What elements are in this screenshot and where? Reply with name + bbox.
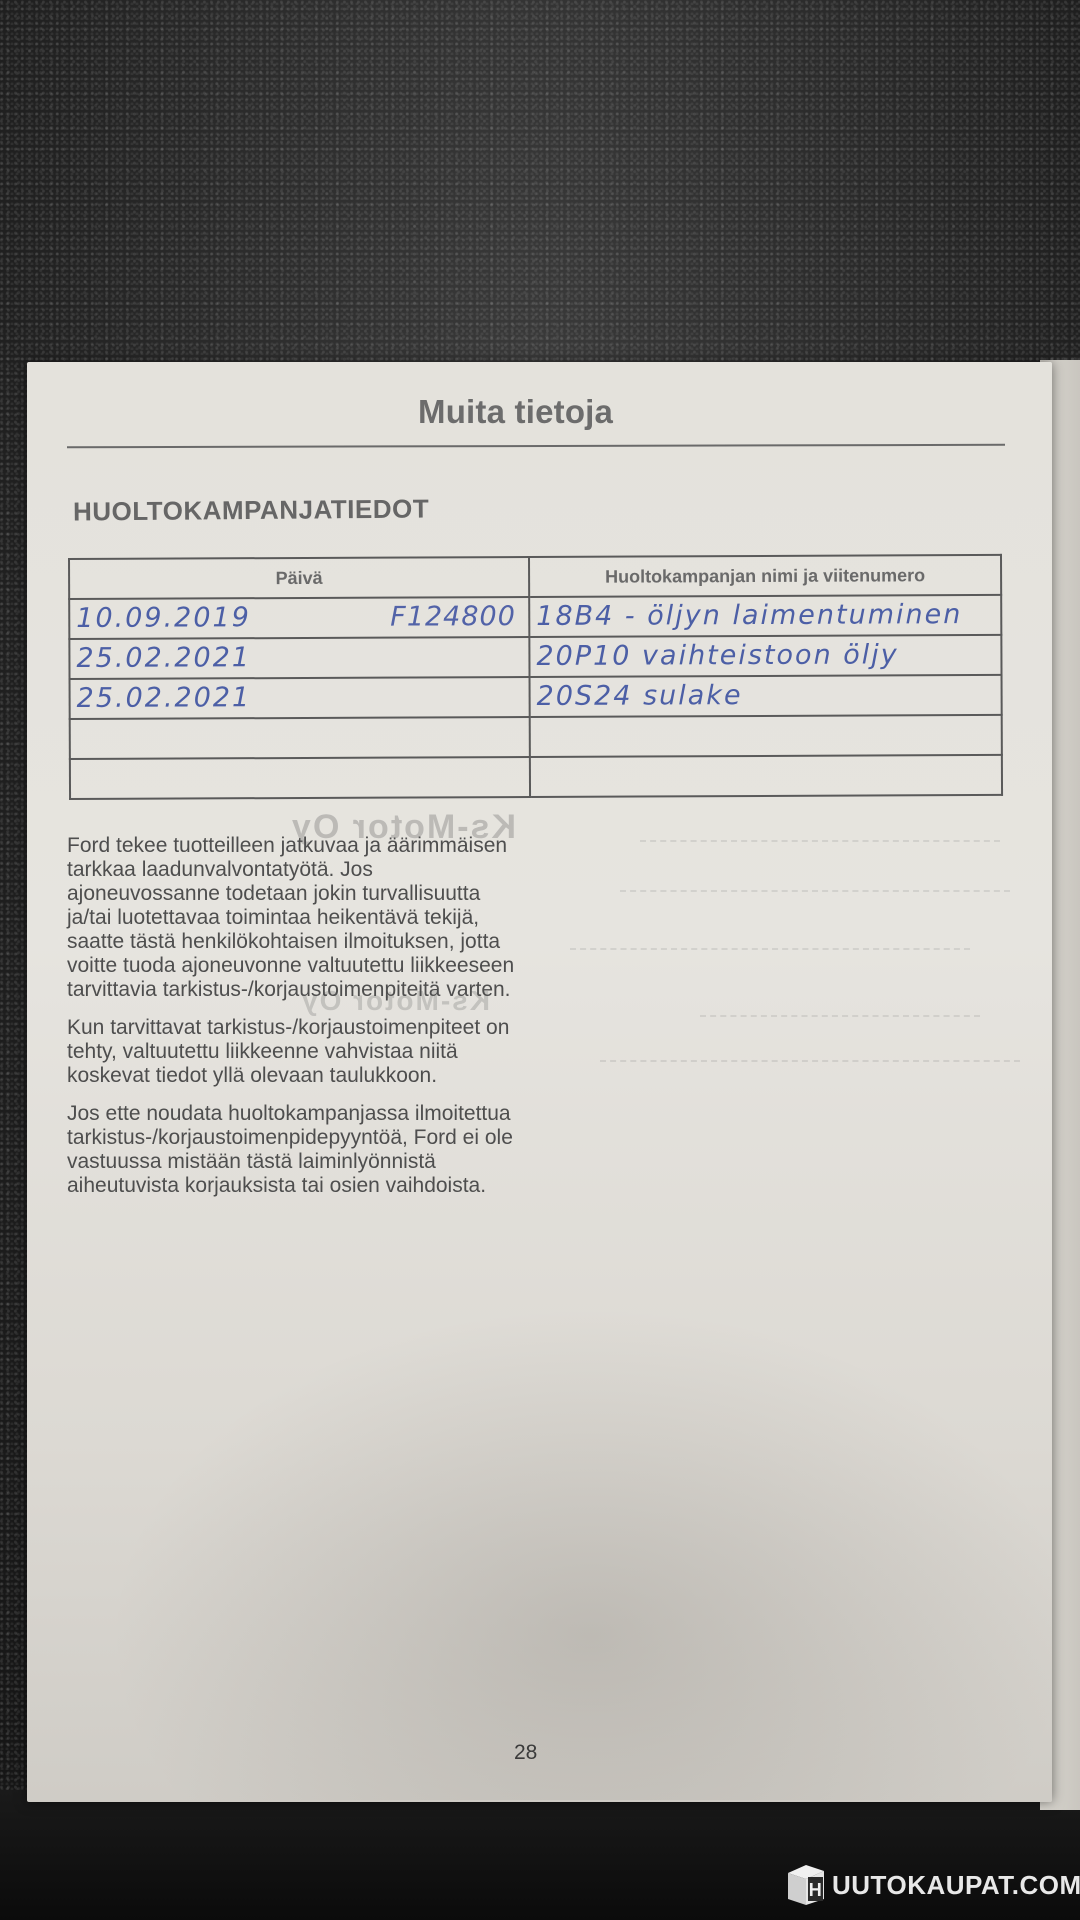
- section-title: Muita tietoja: [418, 393, 613, 431]
- ghost-handwriting: [640, 840, 1000, 842]
- column-header-campaign: Huoltokampanjan nimi ja viitenumero: [529, 555, 1001, 597]
- watermark-text: UUTOKAUPAT.COM: [832, 1870, 1080, 1901]
- date-note: F124800: [390, 598, 516, 637]
- paragraph-confirmation: Kun tarvittavat tarkistus-/korjaustoimen…: [67, 1016, 527, 1088]
- table-row: [70, 715, 1002, 759]
- box-logo-icon: H: [786, 1863, 826, 1907]
- campaign-cell: [530, 715, 1002, 757]
- svg-text:H: H: [809, 1880, 823, 1900]
- date-value: 10.09.2019: [76, 602, 251, 634]
- table-row: 10.09.2019F124800 18B4 - öljyn laimentum…: [69, 595, 1001, 639]
- date-value: 25.02.2021: [76, 642, 251, 674]
- campaign-cell: 20P10 vaihteistoon öljy: [529, 635, 1001, 677]
- campaign-cell: [530, 755, 1002, 797]
- ghost-handwriting: [600, 1060, 1020, 1062]
- body-text: Ford tekee tuotteilleen jatkuvaa ja ääri…: [67, 834, 527, 1212]
- campaign-value: 18B4 - öljyn laimentuminen: [536, 599, 962, 632]
- watermark: H UUTOKAUPAT.COM: [786, 1863, 1080, 1907]
- table-header-row: Päivä Huoltokampanjan nimi ja viitenumer…: [69, 555, 1001, 599]
- date-value: 25.02.2021: [77, 682, 252, 714]
- ghost-handwriting: [620, 890, 1010, 892]
- date-cell: [70, 757, 530, 799]
- ghost-handwriting: [700, 1015, 980, 1017]
- campaign-value: 20P10 vaihteistoon öljy: [536, 639, 898, 672]
- table-row: [70, 755, 1002, 799]
- campaign-cell: 20S24 sulake: [530, 675, 1002, 717]
- date-cell: [70, 717, 530, 759]
- campaign-cell: 18B4 - öljyn laimentuminen: [529, 595, 1001, 637]
- table-row: 25.02.2021 20S24 sulake: [70, 675, 1002, 719]
- campaign-value: 20S24 sulake: [537, 680, 743, 712]
- page-number: 28: [514, 1741, 537, 1765]
- date-cell: 25.02.2021: [70, 677, 530, 719]
- date-cell: 10.09.2019F124800: [69, 597, 529, 639]
- ghost-handwriting: [570, 948, 970, 950]
- date-cell: 25.02.2021: [69, 637, 529, 679]
- paragraph-liability: Jos ette noudata huoltokampanjassa ilmoi…: [67, 1102, 527, 1198]
- table-row: 25.02.2021 20P10 vaihteistoon öljy: [69, 635, 1001, 679]
- paragraph-quality-control: Ford tekee tuotteilleen jatkuvaa ja ääri…: [67, 834, 527, 1002]
- campaign-table: Päivä Huoltokampanjan nimi ja viitenumer…: [68, 554, 1003, 800]
- column-header-date: Päivä: [69, 557, 529, 599]
- campaign-heading: HUOLTOKAMPANJATIEDOT: [73, 493, 429, 527]
